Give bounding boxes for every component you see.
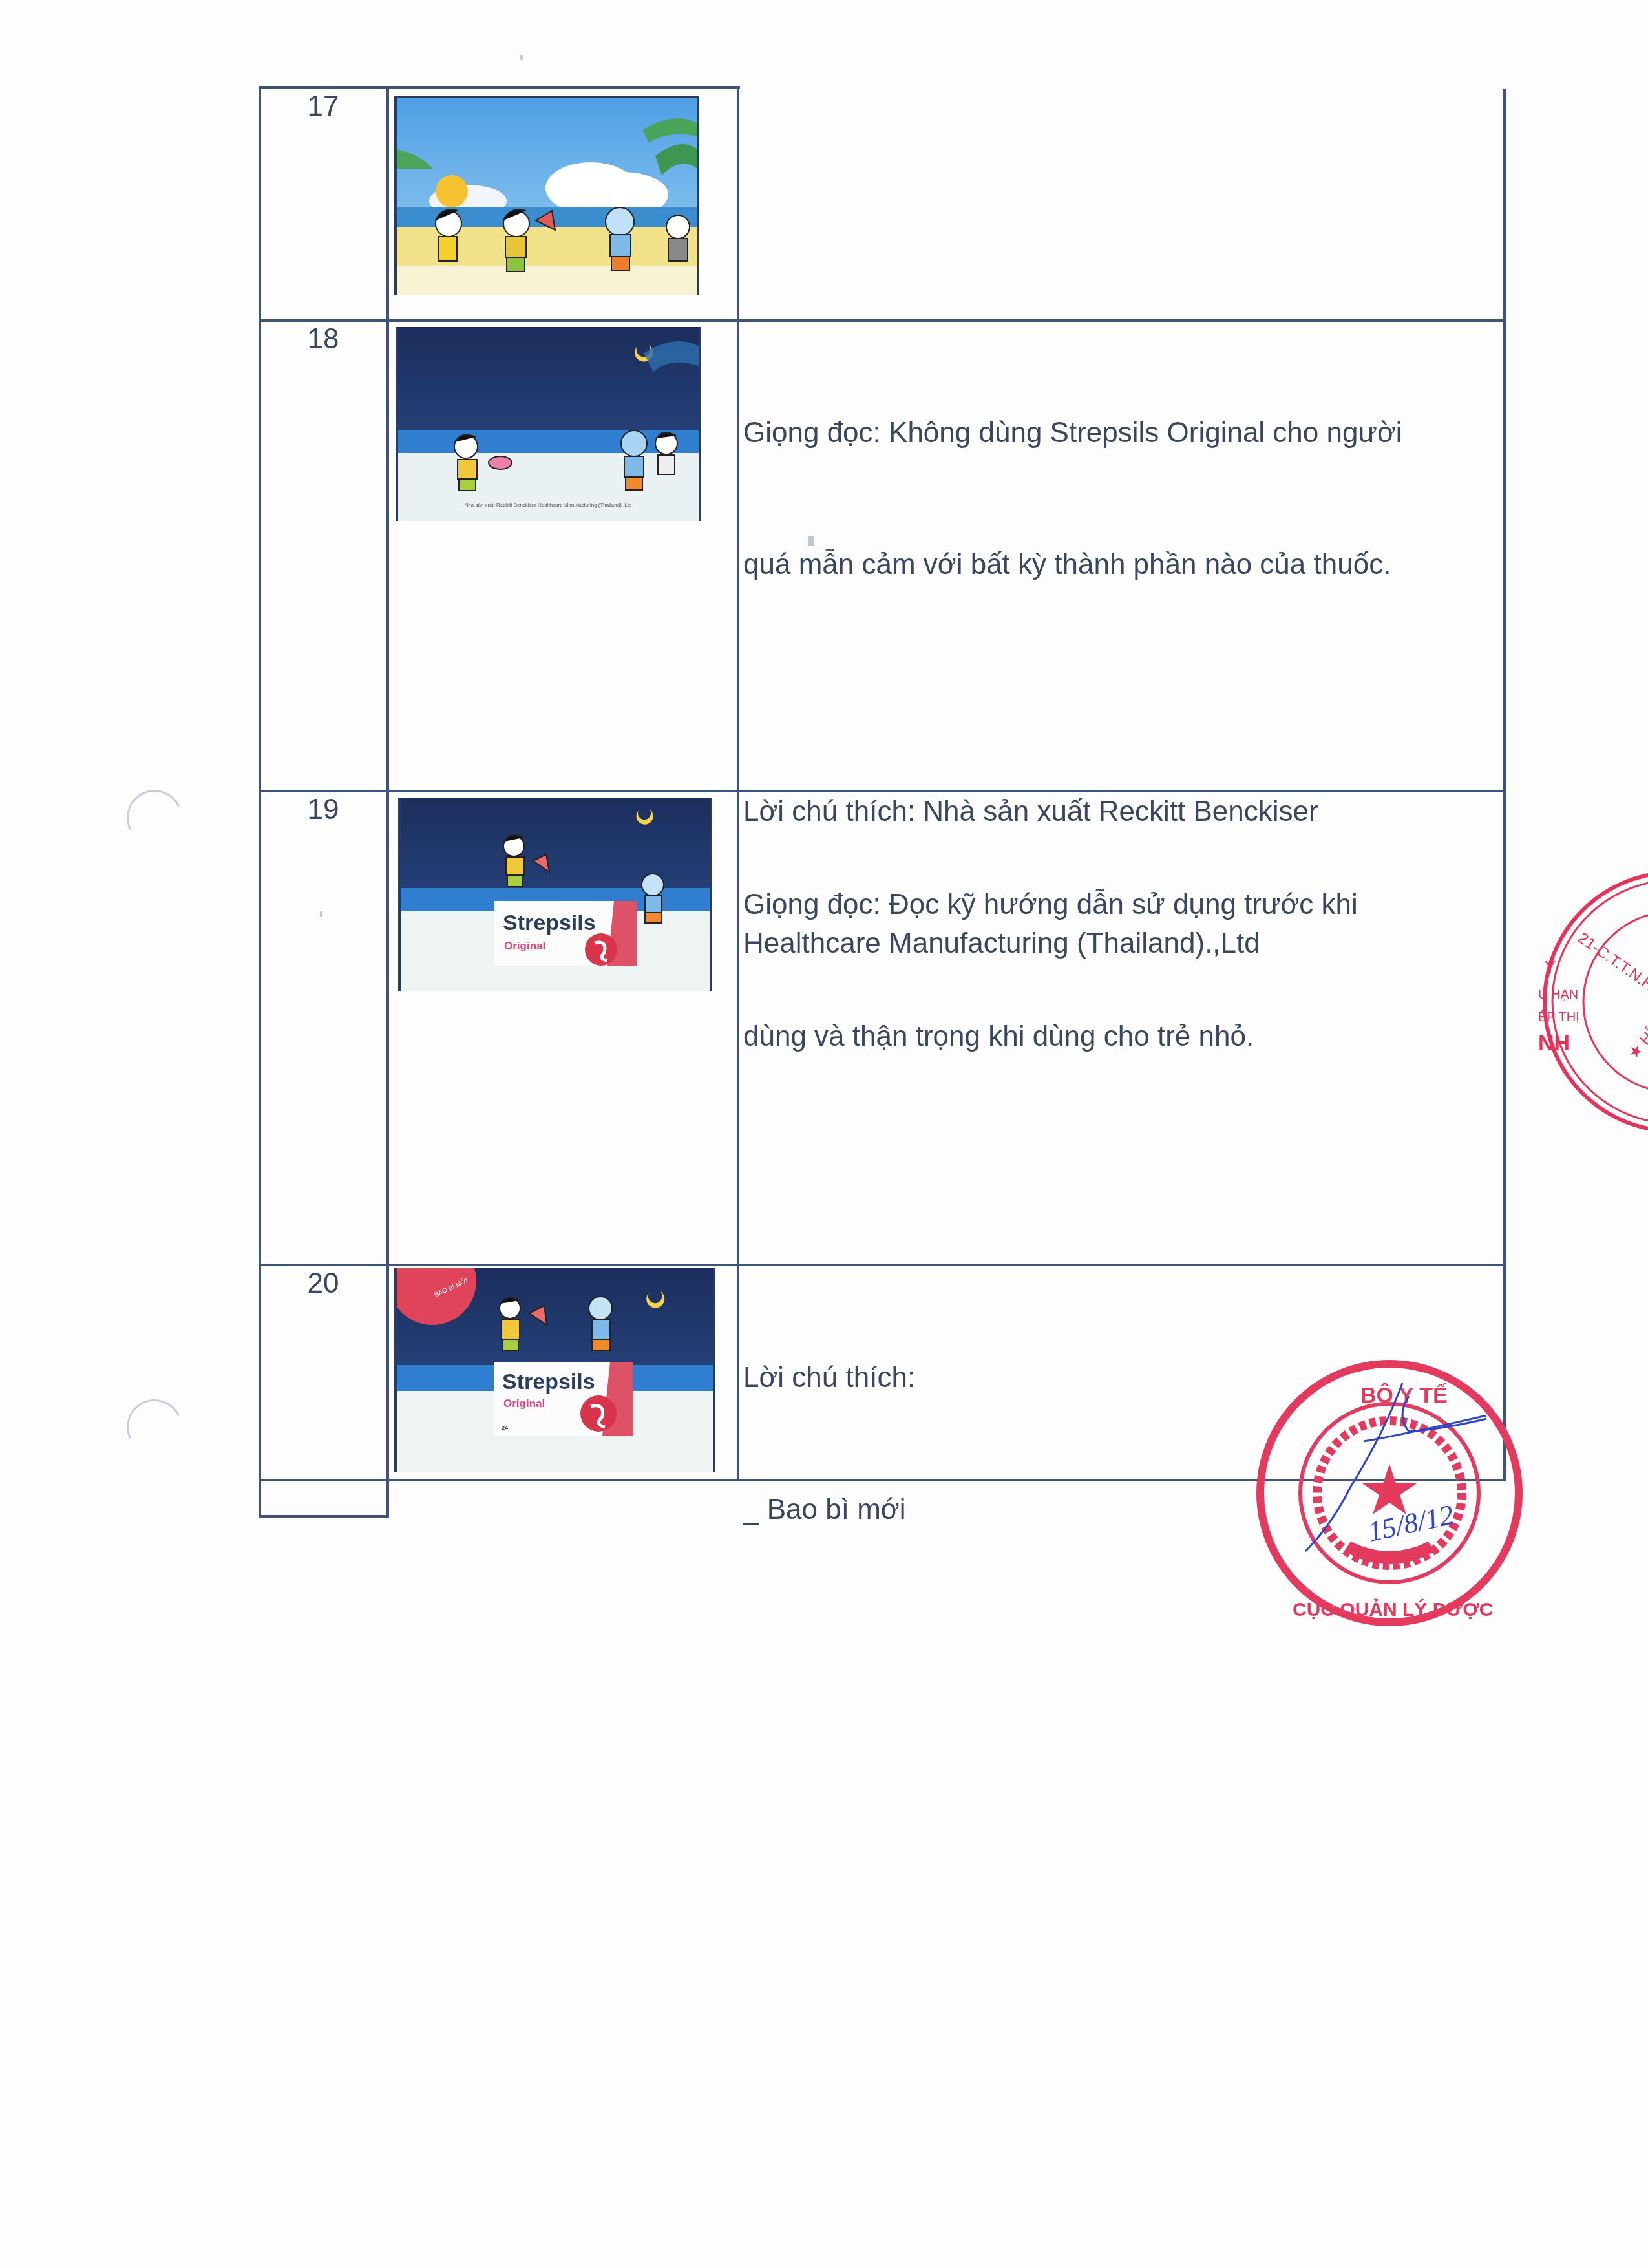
scan-speck	[320, 911, 322, 917]
product-variant: Original	[503, 1397, 545, 1410]
ministry-seal-stamp: BỘ Y TẾ CỤC QUẢN LÝ DƯỢC 15/8/12	[1254, 1357, 1525, 1629]
voice-over-line: Giọng đọc: Đọc kỹ hướng dẫn sử dụng trướ…	[743, 883, 1358, 927]
row-number: 18	[259, 323, 388, 355]
caption-line: _ Bao bì mới	[743, 1488, 915, 1532]
new-packaging-illustration: BAO BÌ MỚI Strepsils Original 24	[397, 1268, 713, 1472]
row-19-content: Giọng đọc: Đọc kỹ hướng dẫn sử dụng trướ…	[743, 795, 1358, 1103]
scene-thumbnail-day-beach	[394, 96, 699, 295]
spacer-line	[743, 675, 1402, 702]
product-variant: Original	[504, 940, 545, 952]
voice-over-line: Giọng đọc: Không dùng Strepsils Original…	[743, 411, 1402, 455]
image-caption: Nhà sản xuất Reckitt Benckiser Healthcar…	[465, 502, 632, 508]
row-number: 17	[259, 90, 388, 123]
scene-thumbnail-new-packaging: BAO BÌ MỚI Strepsils Original 24	[394, 1268, 715, 1472]
voice-over-line: dùng và thận trọng khi dùng cho trẻ nhỏ.	[743, 1015, 1358, 1059]
svg-text:Y: Y	[1545, 957, 1556, 977]
product-brand: Strepsils	[502, 1370, 595, 1394]
day-beach-illustration	[397, 98, 697, 295]
svg-text:ẾP THỊ: ẾP THỊ	[1538, 1010, 1579, 1024]
row-number: 20	[259, 1267, 388, 1300]
hole-punch-mark	[119, 782, 190, 853]
svg-text:21-C.T.T.N.H.H: 21-C.T.T.N.H.H	[1575, 929, 1648, 1004]
ministry-seal-icon: BỘ Y TẾ CỤC QUẢN LÝ DƯỢC 15/8/12	[1254, 1357, 1525, 1629]
voice-over-line: quá mẫn cảm với bất kỳ thành phần nào củ…	[743, 543, 1402, 587]
product-count: 24	[502, 1425, 508, 1431]
svg-text:★ HÍ MINH: ★ HÍ MINH	[1625, 991, 1648, 1062]
scene-thumbnail-night-beach: Nhà sản xuất Reckitt Benckiser Healthcar…	[396, 327, 701, 521]
product-brand: Strepsils	[503, 911, 596, 935]
product-pack-illustration: Strepsils Original	[401, 798, 710, 991]
stamp-bottom-text: CỤC QUẢN LÝ DƯỢC	[1293, 1598, 1493, 1620]
scene-thumbnail-product: Strepsils Original	[398, 798, 712, 991]
row-number: 19	[259, 794, 388, 826]
night-beach-illustration: Nhà sản xuất Reckitt Benckiser Healthcar…	[398, 327, 699, 521]
scan-speck	[520, 55, 523, 60]
row-20-content: Lời chú thích: _ Bao bì mới	[743, 1268, 915, 1576]
caption-line: Lời chú thích:	[743, 1356, 915, 1400]
svg-text:NH: NH	[1538, 1031, 1570, 1055]
hole-punch-mark	[119, 1392, 190, 1463]
company-seal-stamp: 21-C.T.T.N.H.H ★ HÍ MINH Y U HẠN ẾP THỊ …	[1538, 866, 1648, 1138]
svg-text:U HẠN: U HẠN	[1538, 988, 1578, 1002]
company-seal-icon: 21-C.T.T.N.H.H ★ HÍ MINH Y U HẠN ẾP THỊ …	[1538, 866, 1648, 1138]
